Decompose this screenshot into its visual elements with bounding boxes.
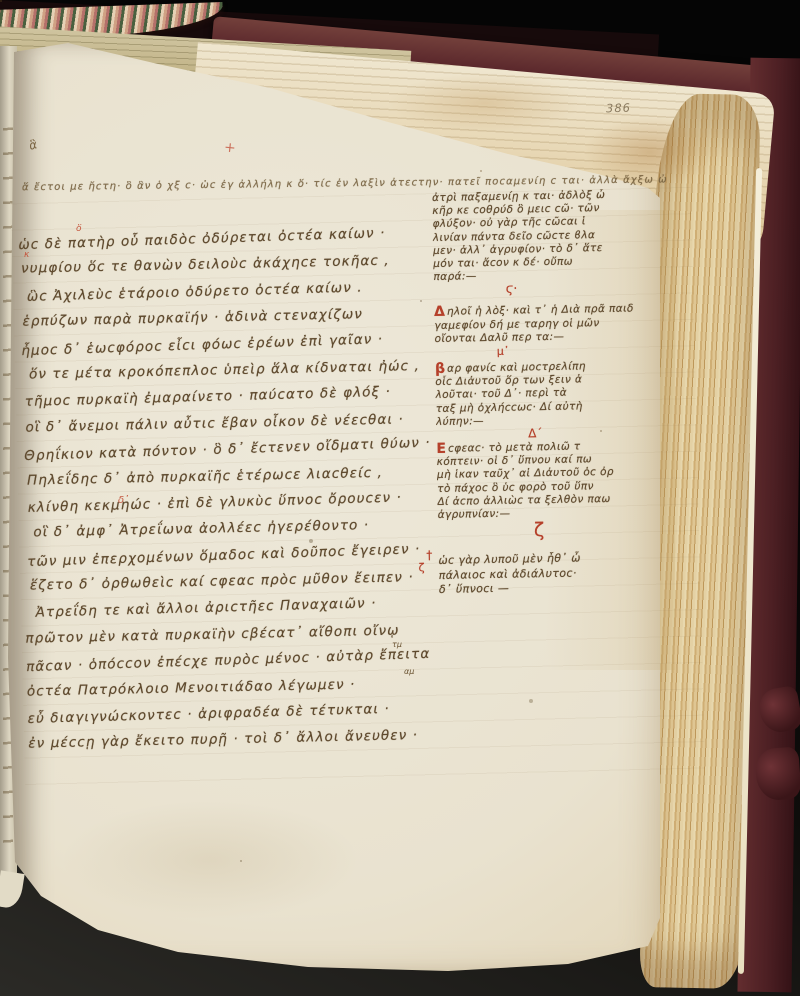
red-initial-delta: Δ <box>434 306 445 319</box>
red-initial-beta: β <box>435 363 445 376</box>
red-flourish: ϛ· <box>506 280 706 297</box>
facing-page-corner <box>0 870 25 909</box>
scholium-block-1: ἀτρὶ παξαμενίῃ κ ται· ἀδλὸξ ὦκῆρ κε ϲοθρ… <box>432 187 706 284</box>
red-zeta-mark: ζ <box>402 562 424 573</box>
folio-number: 386 <box>606 101 631 116</box>
red-cross-mark: + <box>223 139 236 156</box>
red-initial-epsilon: Ε <box>436 443 446 456</box>
main-text-block: ὡϲ δὲ πατὴρ οὗ παιδὸϲ ὀδύρεται ὀϲτέα καί… <box>20 219 467 759</box>
scholium-block-3: β αρ φανίϲ καὶ μοϲτρελίπηοἷϲ Διἀυτοῦ ὅρ … <box>435 358 708 429</box>
scholia-column: ἀτρὶ παξαμενίῃ κ ται· ἀδλὸξ ὦκῆρ κε ϲοθρ… <box>432 187 711 598</box>
ink-specks <box>0 0 2 2</box>
red-margin-marks: † ζ <box>402 550 432 574</box>
manuscript-photo: 386 + ἃ ὅ κ δ᾽ τμ αμ ἅ ἔϲτοι με ἤϲτη· ὃ … <box>0 0 800 996</box>
scholium-block-4: Ε ϲφεαϲ· τὸ μετὰ πολιῶ τκόπτειν· οἱ δ᾽ ὕ… <box>436 438 709 522</box>
scholium-block-2: Δ ηλοῖ ἡ λὸξ· καὶ τ᾽ ἡ Διὰ πρᾶ παιδγαμεφ… <box>434 302 707 346</box>
red-obelus-mark: † <box>426 548 432 562</box>
scholium-block-5: † ζ ὡϲ γὰρ λυποῦ μὲν ἦθ᾽ ὦπάλαιοϲ καὶ ἀδ… <box>438 549 711 598</box>
red-flourish-large: ζ <box>534 517 710 542</box>
